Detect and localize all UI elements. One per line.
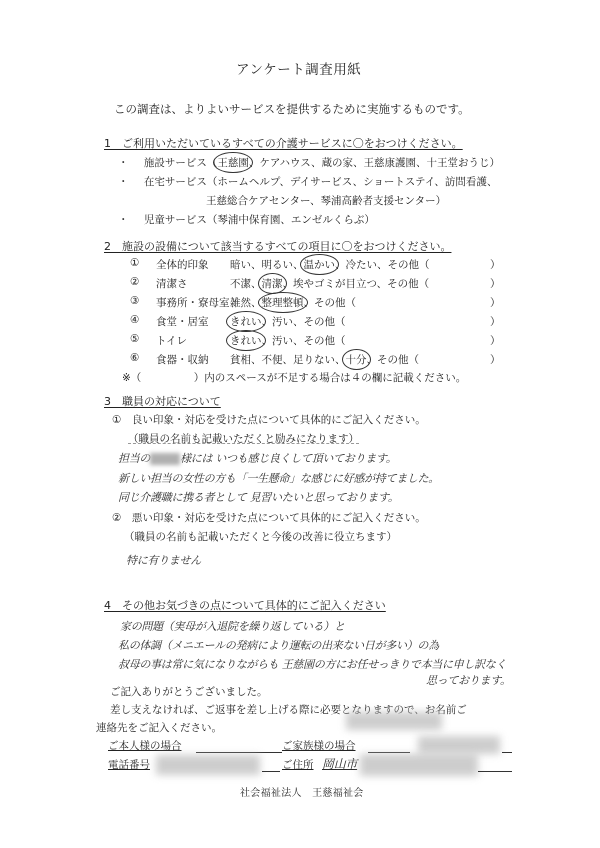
self-label: ご本人様の場合 — [108, 738, 182, 753]
redacted-family-name — [418, 736, 500, 754]
redacted-name-block — [346, 712, 442, 730]
circled-answer: 温かい — [304, 257, 336, 272]
q4-answer-line-1: 家の問題（実母が入退院を繰り返している）と — [120, 618, 345, 634]
redacted-name — [150, 453, 180, 465]
q1-row-home: ・ 在宅サービス（ホームヘルプ、デイサービス、ショートステイ、訪問看護、 — [118, 174, 497, 189]
family-label: ご家族様の場合 — [282, 738, 356, 753]
q3-bad-sub: （職員の名前も記載いただくと今後の改善に役立ちます） — [124, 529, 397, 544]
q1-row-home-cont: 王慈総合ケアセンター、琴浦高齢者支援センター） — [206, 193, 446, 208]
q2-row-4: ④ 食堂・居室 きれい、汚い、その他（ — [130, 314, 139, 326]
organization-footer: 社会福祉法人 王慈福祉会 — [240, 784, 364, 799]
bullet: ・ — [118, 214, 129, 226]
q1-row-child: ・ 児童サービス（琴浦中保育園、エンゼルくらぶ） — [118, 212, 375, 227]
redacted-phone — [156, 755, 260, 775]
redacted-address — [360, 754, 478, 776]
q4-heading: 4 その他お気づきの点について具体的にご記入ください — [104, 597, 386, 613]
q3-heading: 3 職員の対応について — [104, 393, 221, 409]
q4-answer-line-2: 私の体調（メニエールの発病により運転の出来ない日が多い）の為 — [118, 637, 439, 653]
request-line-2: 連絡先をご記入ください。 — [96, 720, 222, 735]
address-value: 岡山市 — [322, 755, 357, 772]
q2-heading: 2 施設の設備について該当するすべての項目に〇をおつけください。 — [104, 238, 451, 254]
circled-answer: 王慈園 — [217, 155, 249, 170]
q4-answer-line-4: 思っております。 — [426, 672, 511, 688]
close-paren: ） — [490, 333, 501, 348]
circled-answer: 清潔 — [262, 276, 283, 291]
q2-note: ※（ ）内のスペースが不足する場合は４の欄に記載ください。 — [122, 370, 466, 385]
circled-answer: 整理整頓 — [262, 295, 304, 310]
bullet: ・ — [118, 157, 129, 169]
self-underline — [196, 752, 282, 753]
address-label: ご住所 — [282, 757, 314, 772]
address-underline-end — [478, 771, 512, 772]
form-title: アンケート調査用紙 — [236, 58, 361, 78]
close-paren: ） — [490, 276, 501, 291]
q3-good-prompt: ① 良い印象・対応を受けた点について具体的にご記入ください。 — [112, 412, 426, 427]
q1-heading: 1 ご利用いただいているすべての介護サービスに〇をおつけください。 — [104, 135, 463, 151]
thanks-text: ご記入ありがとうございました。 — [110, 684, 268, 699]
family-underline-end — [502, 752, 512, 753]
q3-good-answer-line-1: 担当の様には いつも感じ良くして頂いております。 — [118, 450, 396, 466]
q1-row-facility: ・ 施設サービス（王慈園、ケアハウス、蔵の家、王慈康護園、十王堂おうじ） — [118, 155, 500, 170]
q2-row-5: ⑤ トイレ きれい、汚い、その他（ — [130, 333, 139, 345]
circled-answer: 十分 — [346, 352, 367, 367]
q4-answer-line-3: 叔母の事は常に気になりながらも 王慈園の方にお任せっきりで本当に申し訳なく — [118, 656, 506, 672]
intro-text: この調査は、よりよいサービスを提供するために実施するものです。 — [114, 101, 470, 117]
q3-bad-prompt: ② 悪い印象・対応を受けた点について具体的にご記入ください。 — [112, 510, 426, 525]
q3-good-answer-line-3: 同じ介護職に携る者として 見習いたいと思っております。 — [118, 489, 399, 505]
bullet: ・ — [118, 176, 129, 188]
close-paren: ） — [490, 352, 501, 367]
circled-answer: きれい — [230, 333, 262, 348]
circled-answer: きれい — [230, 314, 262, 329]
close-paren: ） — [490, 257, 501, 272]
q2-row-1: ① 全体的印象 暗い、明るい、温かい、冷たい、その他（ — [130, 257, 139, 269]
q2-row-3: ③ 事務所・寮母室 雑然、整理整頓、その他（ — [130, 295, 139, 307]
q3-good-answer-line-2: 新しい担当の女性の方も「一生懸命」な感じに好感が持てました。 — [118, 470, 439, 486]
phone-label: 電話番号 — [108, 757, 150, 772]
q2-row-6: ⑥ 食器・収納 貧相、不便、足りない、十分、その他（ — [130, 352, 139, 364]
q3-bad-answer: 特に有りません — [126, 552, 201, 568]
q3-good-sub: （職員の名前も記載いただくと励みになります） — [128, 431, 359, 446]
close-paren: ） — [490, 295, 501, 310]
q2-row-2: ② 清潔さ 不潔、清潔、埃やゴミが目立つ、その他（ — [130, 276, 139, 288]
close-paren: ） — [490, 314, 501, 329]
phone-underline — [262, 771, 280, 772]
family-underline — [368, 752, 410, 753]
